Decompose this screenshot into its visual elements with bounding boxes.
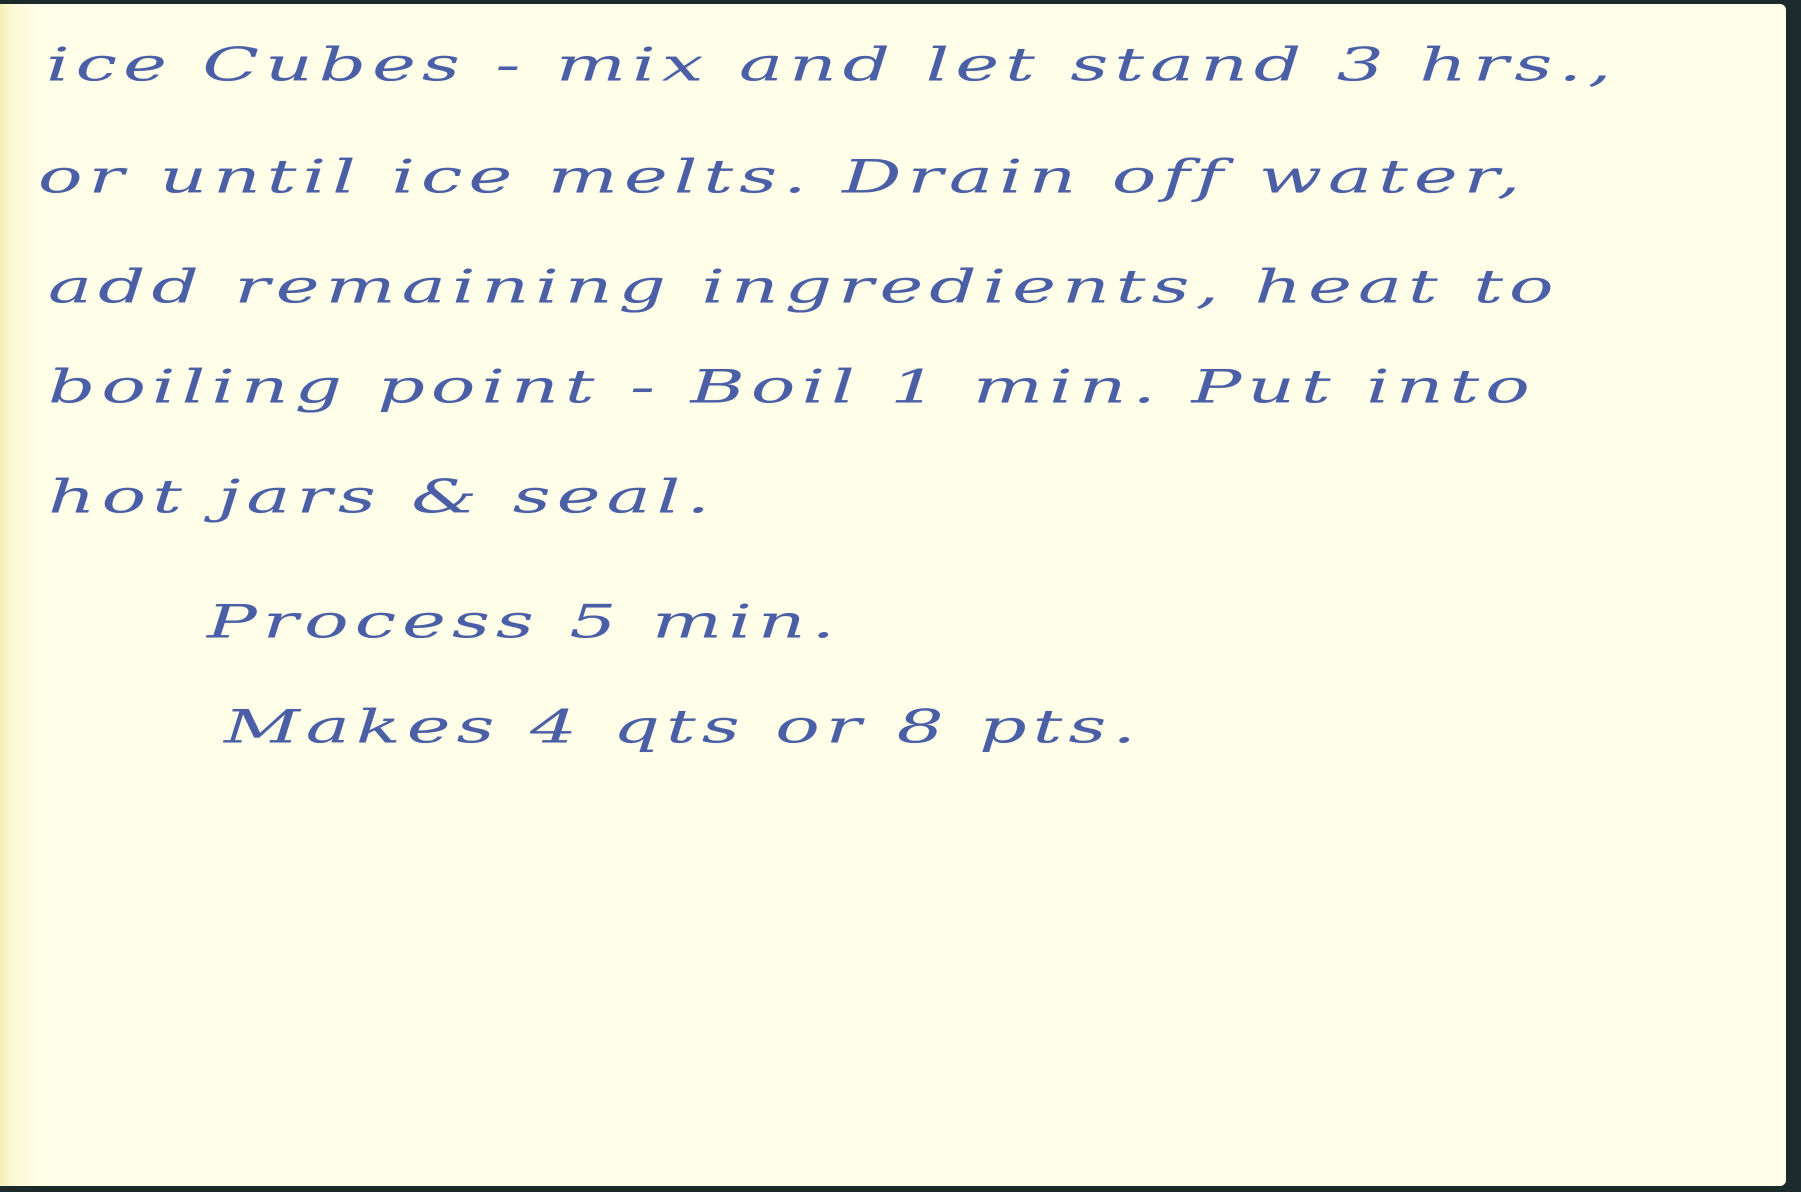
handwritten-line-2: or until ice melts. Drain off water,: [38, 150, 1526, 203]
yield-note: Makes 4 qts or 8 pts.: [224, 700, 1142, 753]
handwritten-line-1: ice Cubes - mix and let stand 3 hrs.,: [46, 38, 1617, 91]
handwritten-line-5: hot jars & seal.: [48, 470, 716, 523]
handwritten-line-4: boiling point - Boil 1 min. Put into: [48, 360, 1536, 413]
recipe-card: ice Cubes - mix and let stand 3 hrs., or…: [0, 4, 1786, 1186]
handwritten-line-3: add remaining ingredients, heat to: [48, 260, 1560, 313]
process-time-note: Process 5 min.: [207, 595, 841, 648]
